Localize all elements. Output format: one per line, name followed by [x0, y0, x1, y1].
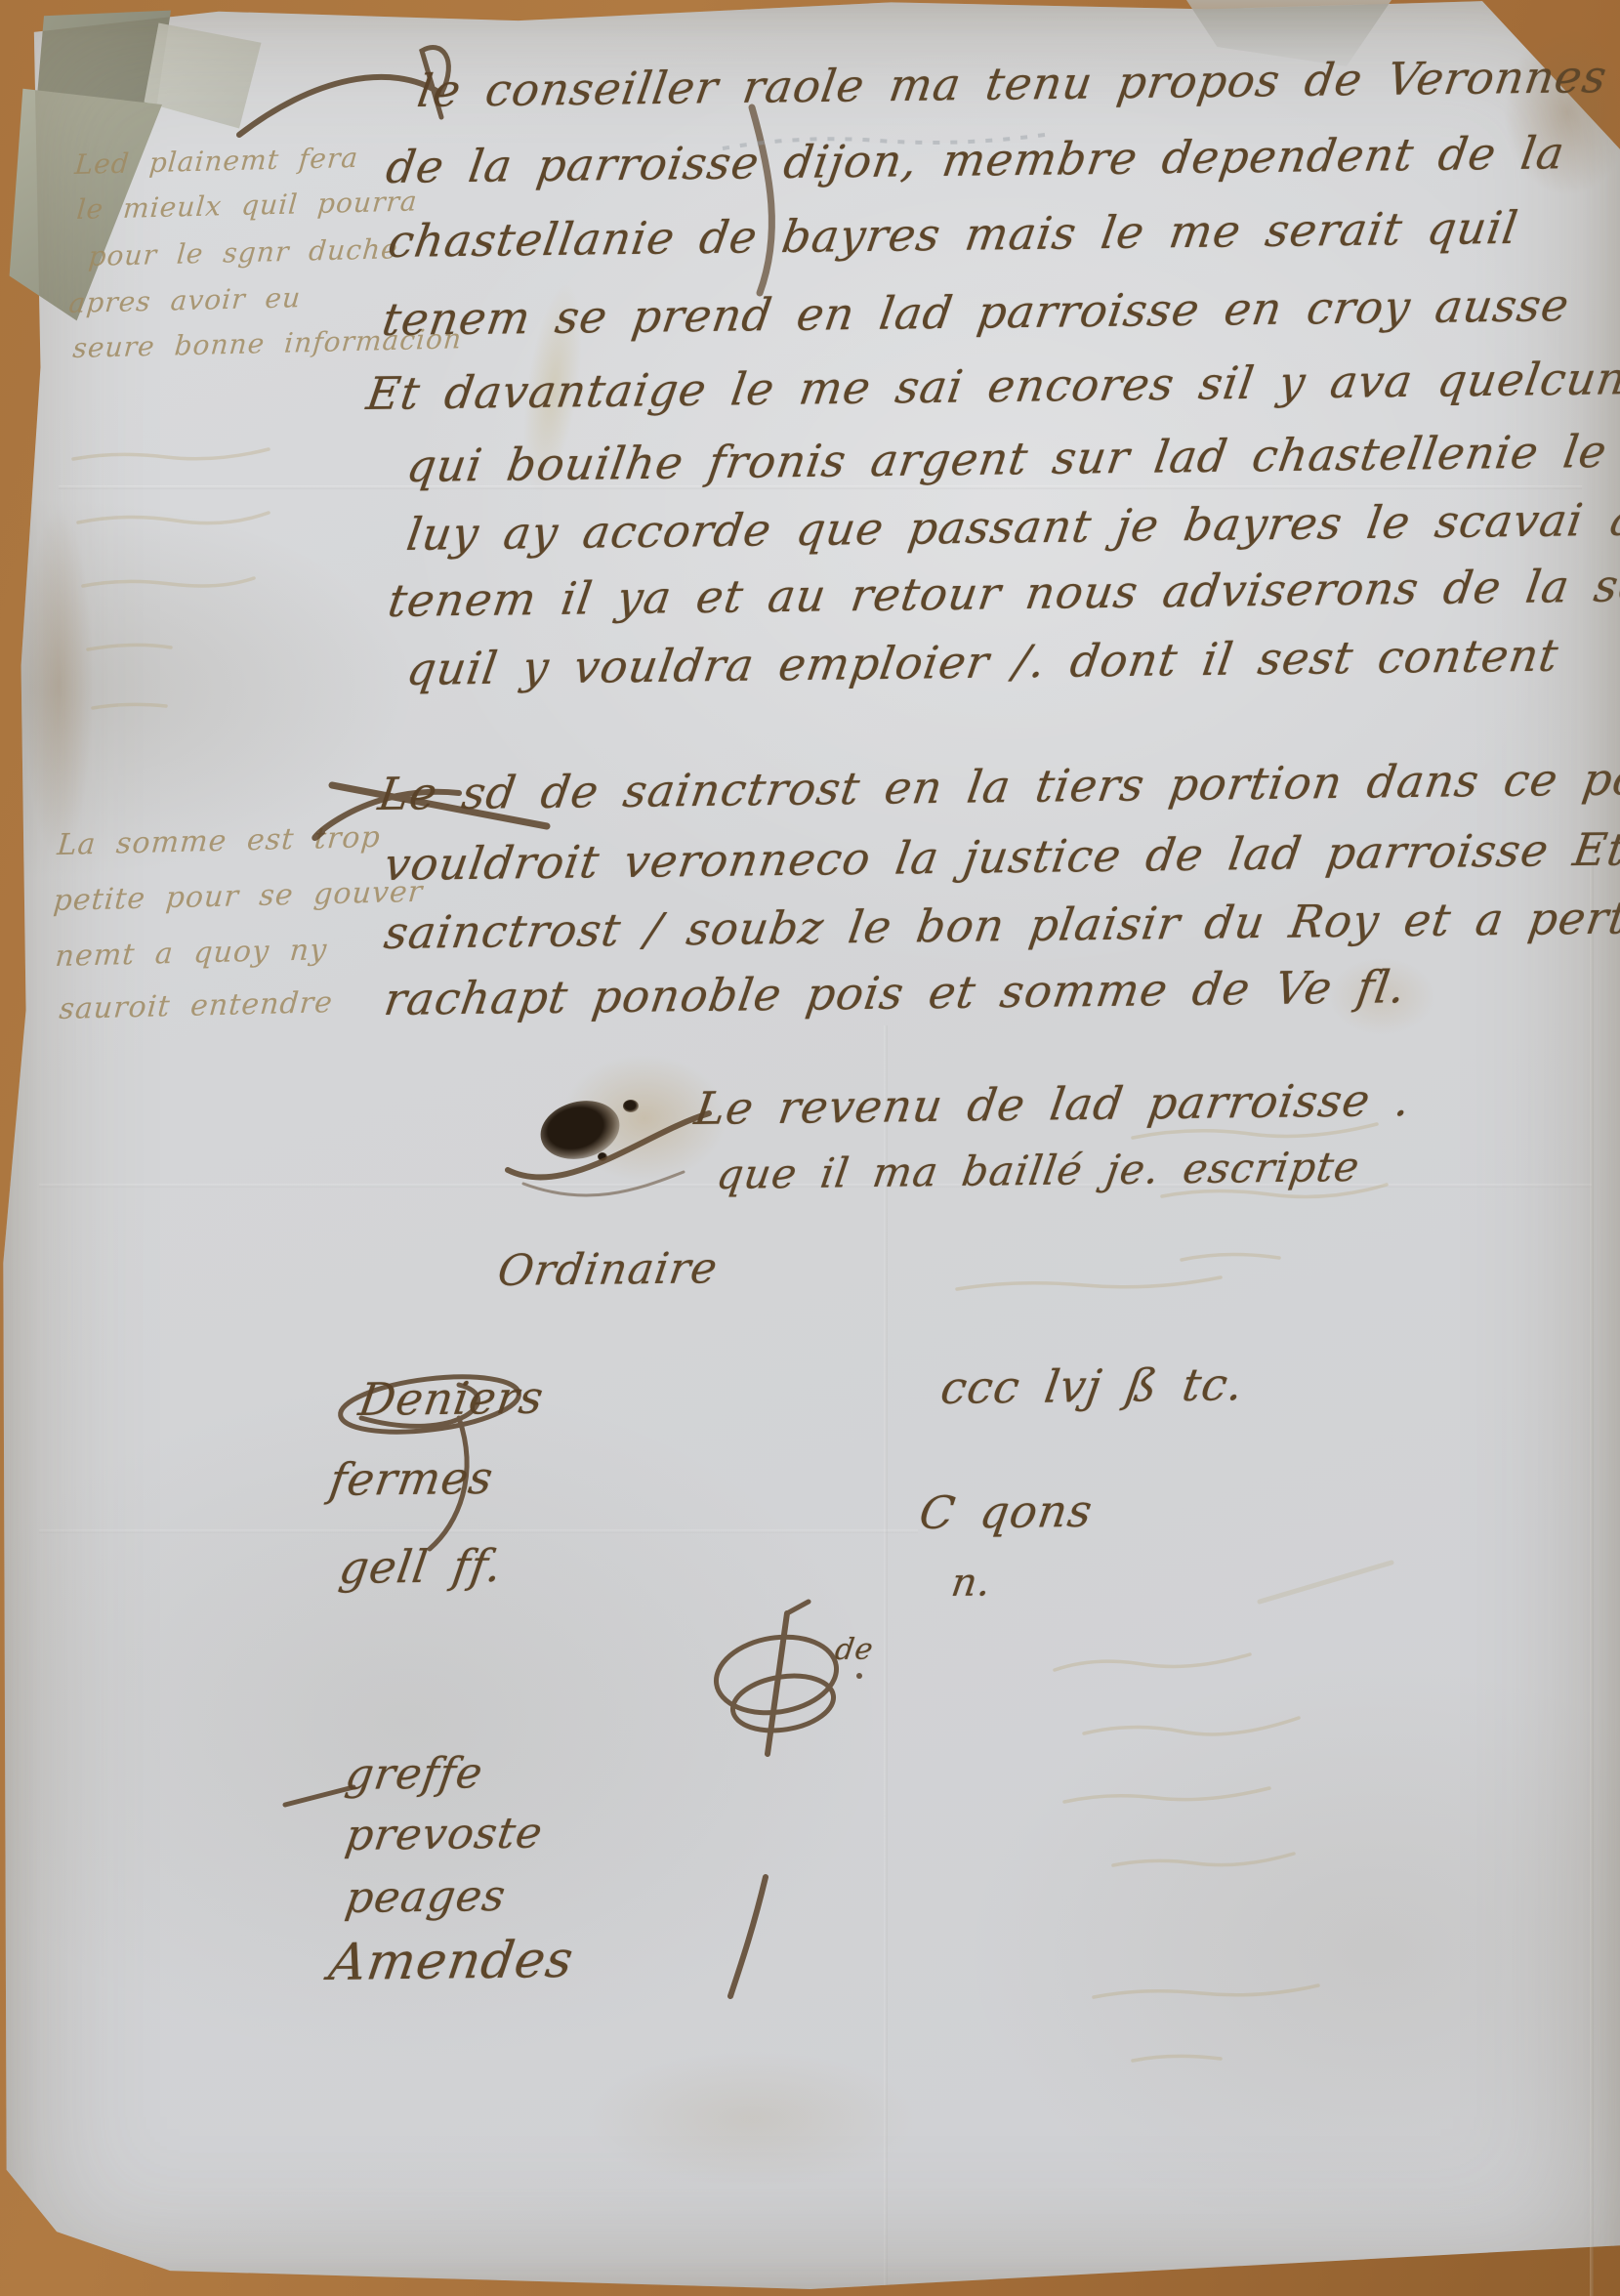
account-amount: C qons	[916, 1484, 1096, 1539]
manuscript-line: Le revenu de lad parroisse .	[691, 1073, 1414, 1135]
margin-line: sauroit entendre	[58, 985, 334, 1026]
account-label: Amendes	[325, 1931, 577, 1992]
account-label: Deniers	[355, 1371, 548, 1426]
account-label: gell ff.	[336, 1539, 506, 1594]
manuscript-line: que il ma baillé je. escripte	[714, 1143, 1363, 1198]
paraph-superscript: de	[833, 1633, 876, 1667]
account-label: peages	[343, 1871, 510, 1923]
account-label: fermes	[326, 1451, 497, 1506]
account-label: prevoste	[343, 1809, 547, 1860]
account-label: greffe	[343, 1748, 487, 1800]
margin-line: nemt a quoy ny	[54, 933, 328, 974]
margin-line: apres avoir eu	[67, 281, 302, 319]
account-amount: ccc lvj ß tc.	[937, 1357, 1247, 1414]
account-amount: n.	[948, 1561, 994, 1606]
ink-splatter-dot	[598, 1152, 607, 1161]
section-heading: Ordinaire	[495, 1243, 722, 1296]
manuscript-photograph: Led plainemt fera le mieulx quil pourra …	[0, 0, 1620, 2296]
ink-splatter-dot	[623, 1100, 639, 1112]
